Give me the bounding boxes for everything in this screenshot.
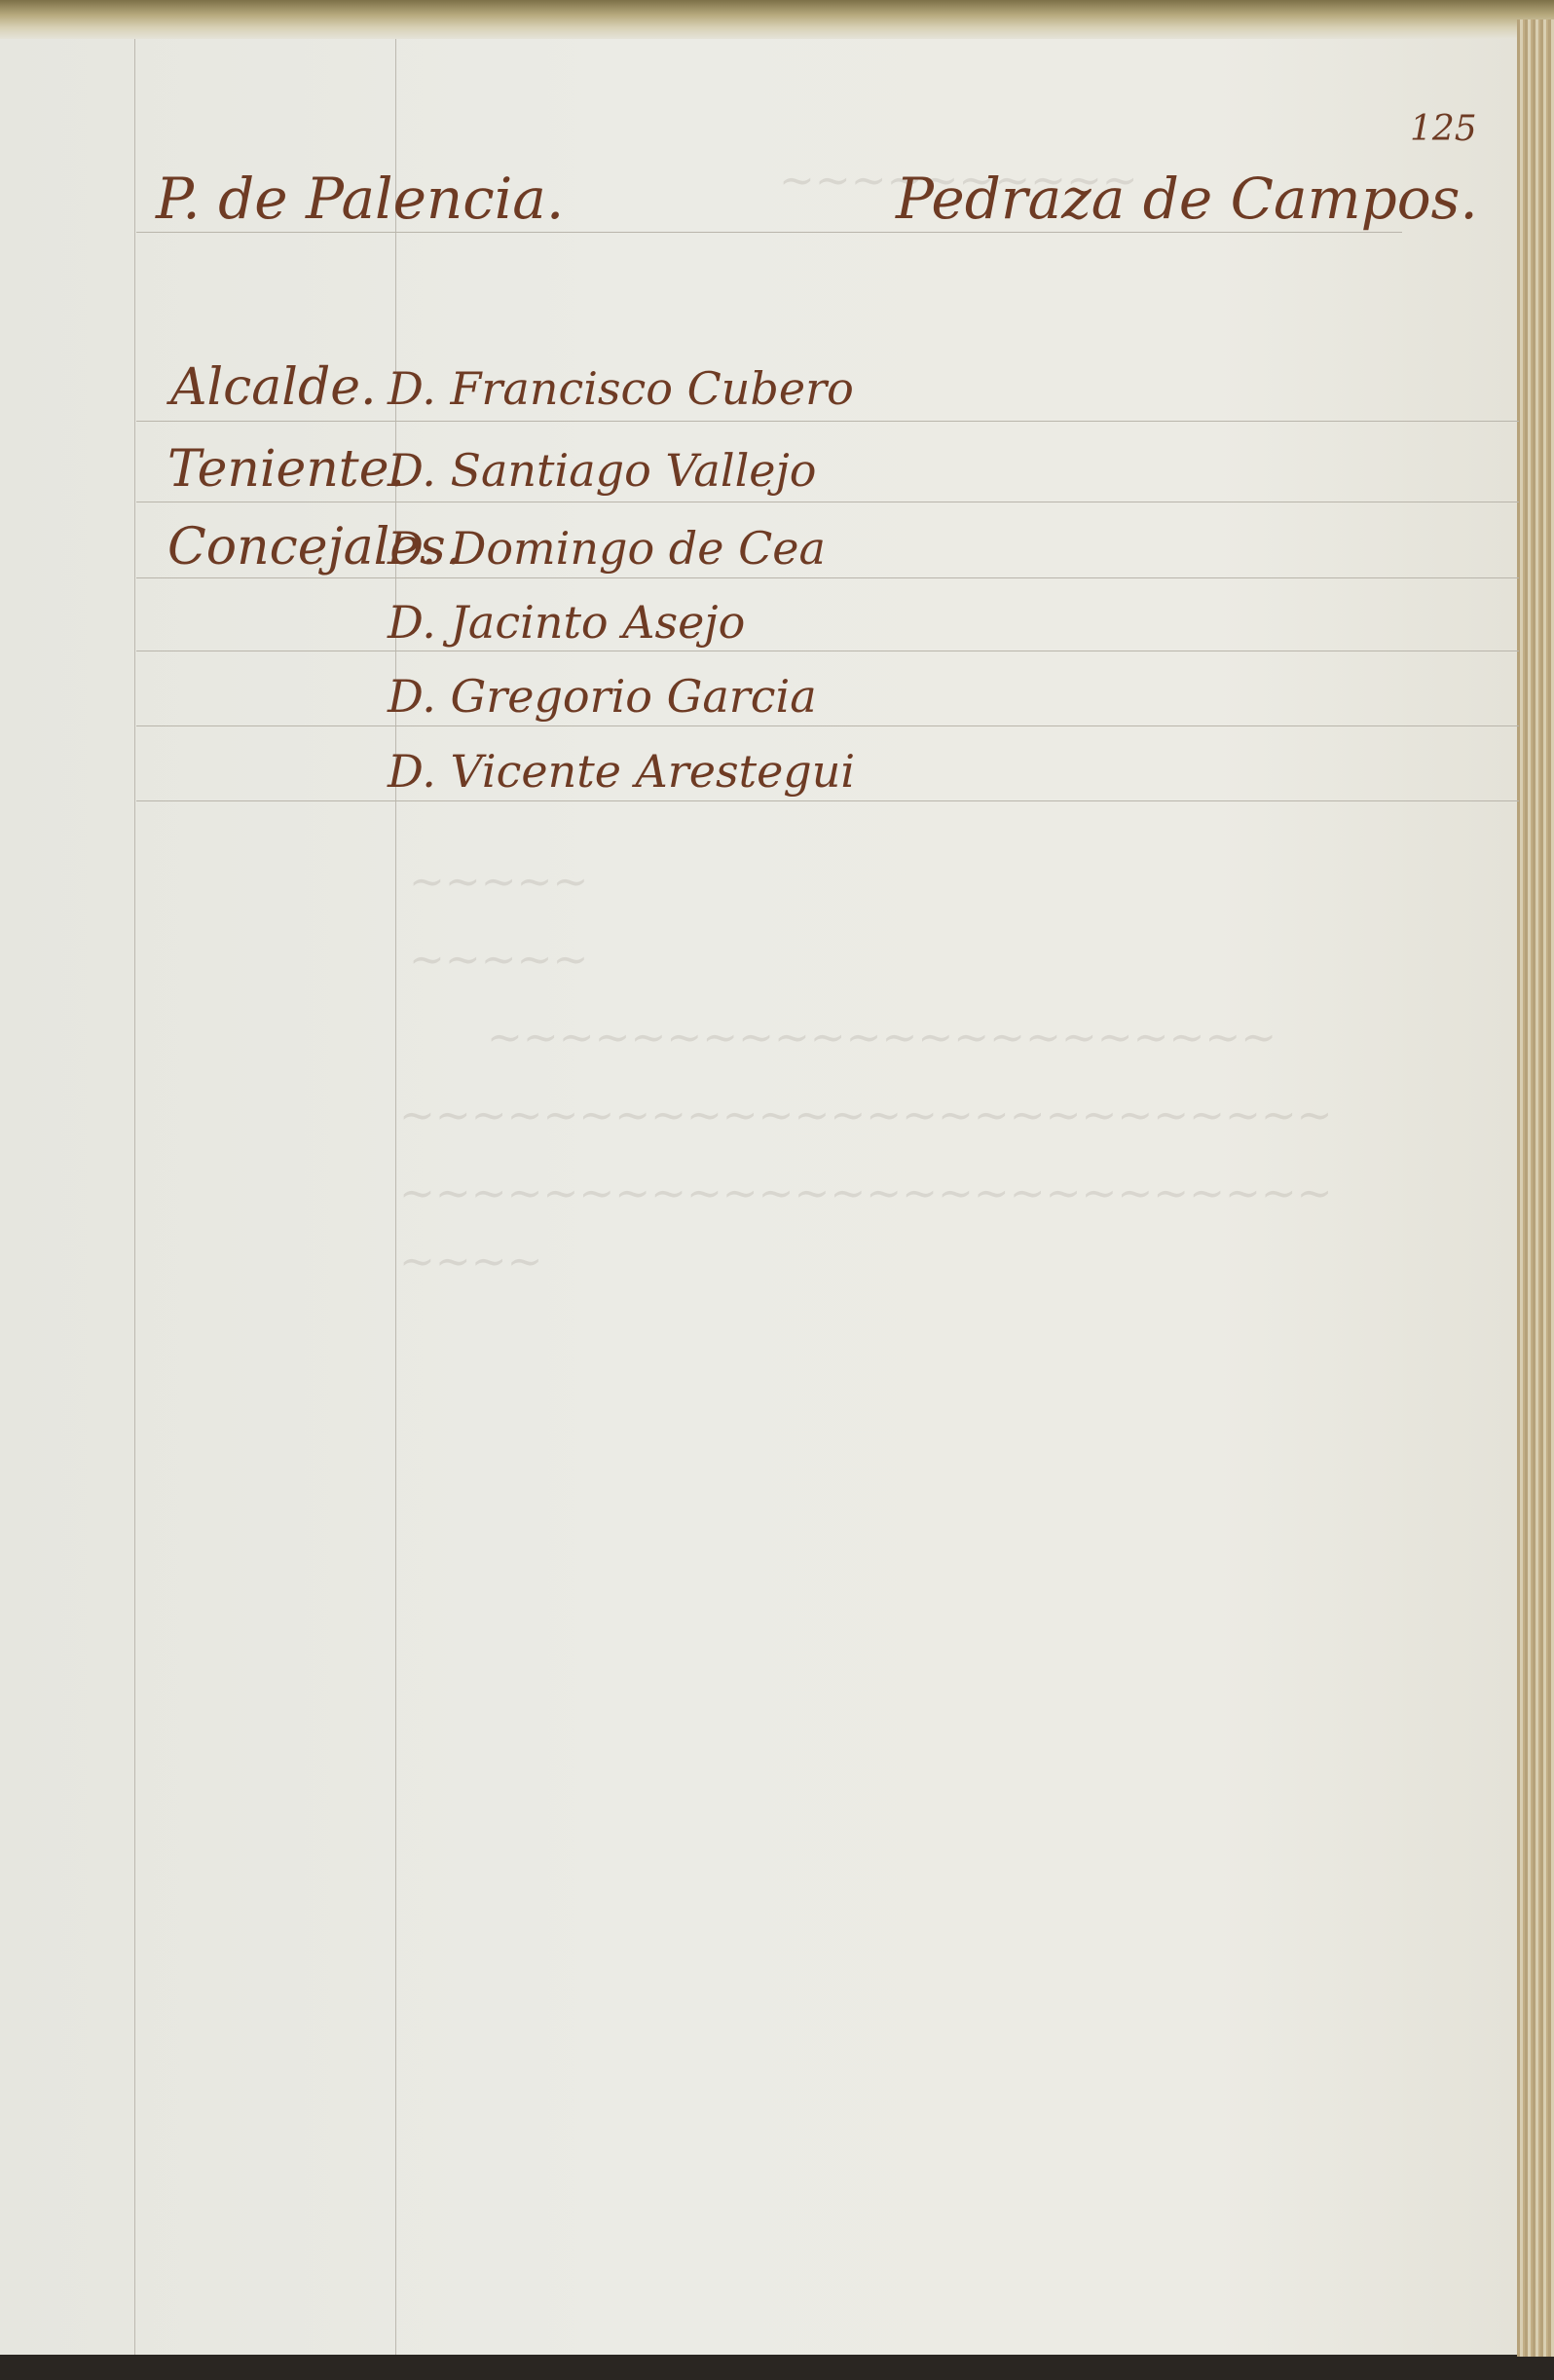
bleed-through-text: ~~~~~ (409, 857, 588, 907)
official-name: D. Santiago Vallejo (388, 444, 816, 497)
official-name: D. Francisco Cubero (388, 362, 854, 415)
page-number: 125 (1410, 109, 1477, 149)
book-page-stack-edge (1517, 19, 1554, 2357)
bleed-through-text: ~~~~ (399, 1237, 542, 1286)
bleed-through-text: ~~~~~~~~~~~~~~~~~~~~~~ (487, 1013, 1276, 1062)
header-rule (136, 232, 1402, 233)
role-alcalde: Alcalde. (170, 358, 377, 417)
bleed-through-text: ~~~~~ (409, 935, 588, 985)
official-name: D. Vicente Arestegui (388, 745, 855, 798)
line-rule (136, 725, 1519, 726)
left-margin-rule (134, 39, 135, 2355)
line-rule (136, 577, 1519, 578)
municipality-heading: Pedraza de Campos. (896, 166, 1478, 232)
bleed-through-text: ~~~~~~~~~~~~~~~~~~~~~~~~~~ (399, 1091, 1333, 1140)
line-rule (136, 421, 1519, 422)
role-teniente: Teniente. (167, 440, 405, 499)
book-top-edge (0, 0, 1554, 39)
official-name: D. Jacinto Asejo (388, 596, 745, 649)
official-name: D. Gregorio Garcia (388, 670, 817, 723)
bleed-through-text: ~~~~~~~~~~~~~~~~~~~~~~~~~~ (399, 1169, 1333, 1218)
line-rule (136, 651, 1519, 651)
province-heading: P. de Palencia. (156, 166, 564, 232)
line-rule (136, 502, 1519, 502)
official-name: D. Domingo de Cea (388, 522, 826, 575)
line-rule (136, 800, 1519, 801)
